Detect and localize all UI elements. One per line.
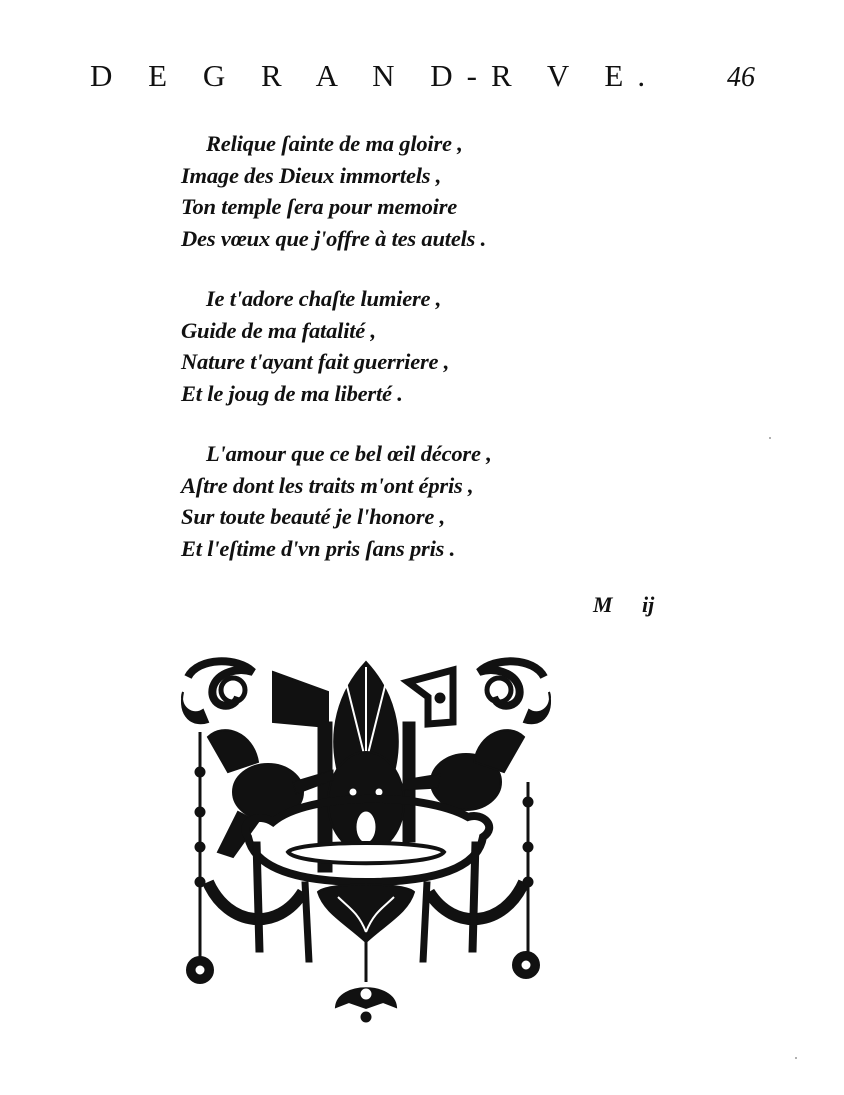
verse-line: Et le joug de ma liberté .: [181, 378, 449, 410]
stanza-3: L'amour que ce bel œil décore , Aſtre do…: [181, 438, 492, 564]
running-head: D E G R A N D-R V E.: [90, 58, 659, 94]
stanza-1: Relique ſainte de ma gloire , Image des …: [181, 128, 486, 254]
paper-speck: [769, 437, 771, 439]
paper-speck: [795, 1057, 797, 1059]
woodcut-ornament: [178, 652, 554, 1028]
verse-line: Guide de ma fatalité ,: [181, 315, 449, 347]
verse-line: Relique ſainte de ma gloire ,: [181, 128, 486, 160]
verse-line: Ton temple ſera pour memoire: [181, 191, 486, 223]
verse-line: Et l'eſtime d'vn pris ſans pris .: [181, 533, 492, 565]
verse-line: Aſtre dont les traits m'ont épris ,: [181, 470, 492, 502]
verse-line: Image des Dieux immortels ,: [181, 160, 486, 192]
verse-line: Sur toute beauté je l'honore ,: [181, 501, 492, 533]
stanza-2: Ie t'adore chaſte lumiere , Guide de ma …: [181, 283, 449, 409]
verse-line: L'amour que ce bel œil décore ,: [181, 438, 492, 470]
page-number: 46: [727, 62, 755, 94]
signature-mark: M ij: [593, 592, 654, 618]
verse-line: Ie t'adore chaſte lumiere ,: [181, 283, 449, 315]
verse-line: Des vœux que j'offre à tes autels .: [181, 223, 486, 255]
ornament-icon: [178, 652, 554, 1028]
verse-line: Nature t'ayant fait guerriere ,: [181, 346, 449, 378]
